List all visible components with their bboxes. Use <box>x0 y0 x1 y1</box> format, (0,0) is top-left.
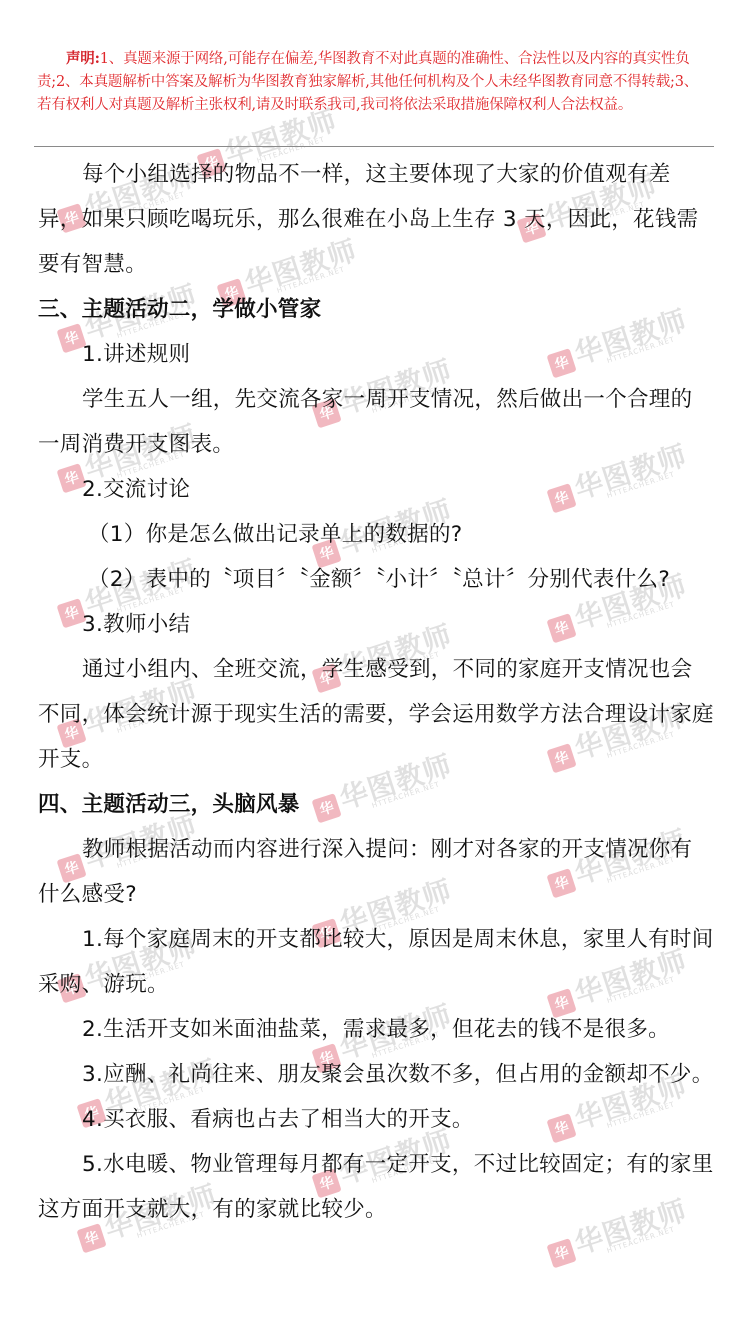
list-item: 4.买衣服、看病也占去了相当大的开支。 <box>38 1097 714 1142</box>
subheading: 2.交流讨论 <box>38 467 714 512</box>
disclaimer-label: 声明: <box>66 50 100 67</box>
header-divider <box>34 146 714 147</box>
list-item: 3.应酬、礼尚往来、朋友聚会虽次数不多，但占用的金额却不少。 <box>38 1052 714 1097</box>
question-item: （1）你是怎么做出记录单上的数据的? <box>38 512 714 557</box>
section-heading: 四、主题活动三，头脑风暴 <box>38 782 714 827</box>
list-item: 2.生活开支如米面油盐菜，需求最多，但花去的钱不是很多。 <box>38 1007 714 1052</box>
list-item: 1.每个家庭周末的开支都比较大，原因是周末休息，家里人有时间采购、游玩。 <box>38 917 714 1007</box>
watermark-logo-icon: 华 <box>546 1238 576 1268</box>
section-heading: 三、主题活动二，学做小管家 <box>38 287 714 332</box>
document-page: 华 华图教师HTTEACHER.NET 华 华图教师HTTEACHER.NET … <box>0 0 748 1335</box>
question-item: （2）表中的〝项目〞〝金额〞〝小计〞〝总计〞分别代表什么? <box>38 557 714 602</box>
list-item: 5.水电暖、物业管理每月都有一定开支，不过比较固定；有的家里这方面开支就大，有的… <box>38 1142 714 1232</box>
paragraph: 教师根据活动而内容进行深入提问：刚才对各家的开支情况你有什么感受? <box>38 827 714 917</box>
paragraph: 每个小组选择的物品不一样，这主要体现了大家的价值观有差异，如果只顾吃喝玩乐，那么… <box>38 152 714 287</box>
document-body: 每个小组选择的物品不一样，这主要体现了大家的价值观有差异，如果只顾吃喝玩乐，那么… <box>38 152 714 1232</box>
paragraph: 通过小组内、全班交流，学生感受到，不同的家庭开支情况也会不同，体会统计源于现实生… <box>38 647 714 782</box>
disclaimer-text: 1、真题来源于网络,可能存在偏差,华图教育不对此真题的准确性、合法性以及内容的真… <box>37 51 698 113</box>
subheading: 1.讲述规则 <box>38 332 714 377</box>
subheading: 3.教师小结 <box>38 602 714 647</box>
paragraph: 学生五人一组，先交流各家一周开支情况，然后做出一个合理的一周消费开支图表。 <box>38 377 714 467</box>
disclaimer: 声明:1、真题来源于网络,可能存在偏差,华图教育不对此真题的准确性、合法性以及内… <box>37 47 709 117</box>
